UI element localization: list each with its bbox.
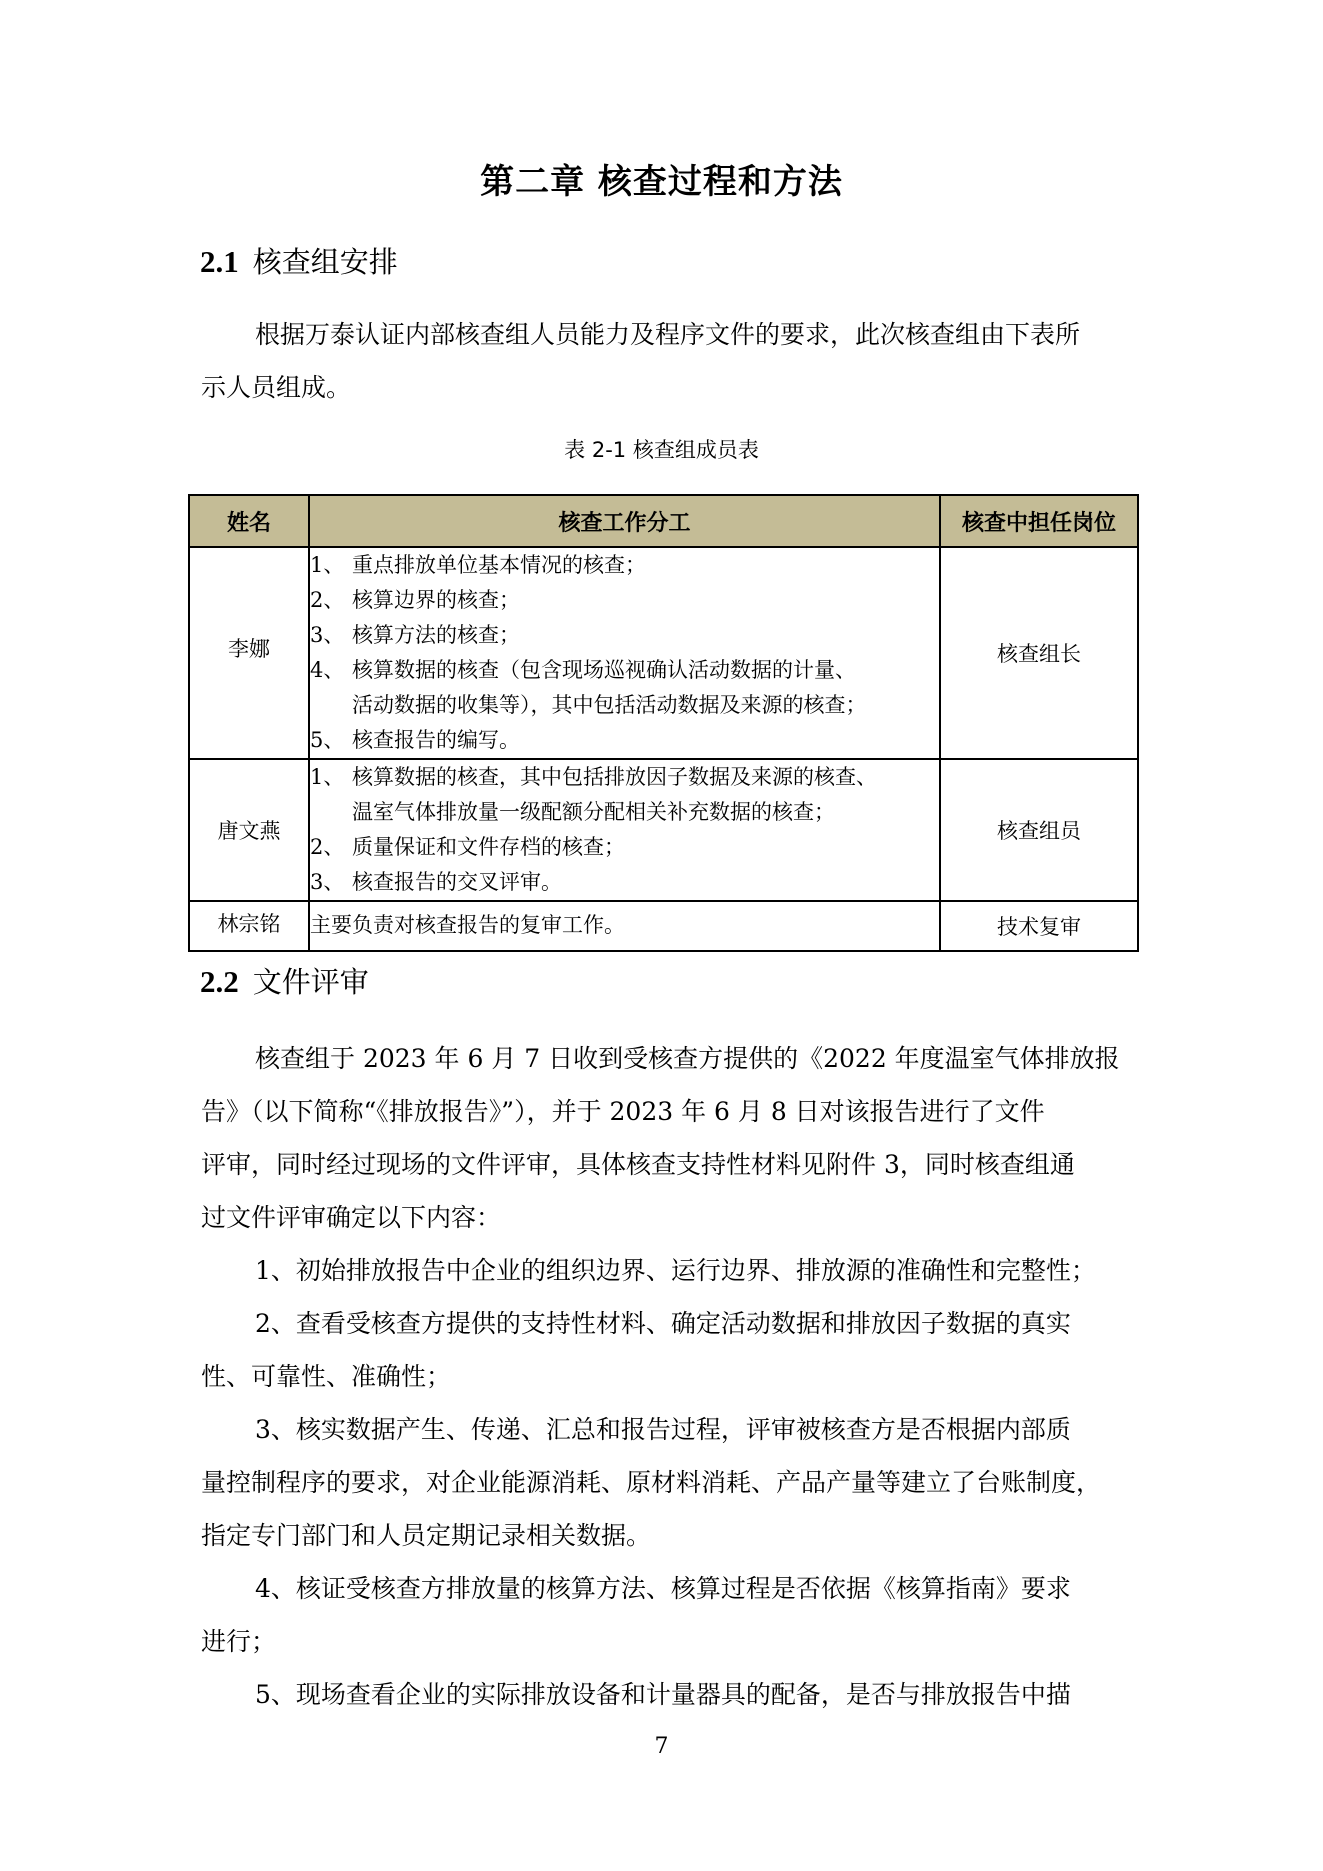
member-name: 林宗铭 [189, 901, 309, 951]
review-item-2-cont: 性、可靠性、准确性； [201, 1350, 1131, 1403]
review-item-4-cont: 进行； [201, 1615, 1131, 1668]
duty-text: 核算数据的核查（包含现场巡视确认活动数据的计量、 活动数据的收集等），其中包括活… [352, 653, 939, 723]
review-item-3-cont: 指定专门部门和人员定期记录相关数据。 [201, 1509, 1131, 1562]
page-number: 7 [0, 1734, 1323, 1759]
member-role: 核查组员 [940, 759, 1138, 901]
review-item-2: 2、查看受核查方提供的支持性材料、确定活动数据和排放因子数据的真实 [201, 1297, 1131, 1350]
duty-text: 核算数据的核查，其中包括排放因子数据及来源的核查、 温室气体排放量一级配额分配相… [352, 760, 939, 830]
duty-number: 2、 [310, 583, 352, 618]
duty-text: 重点排放单位基本情况的核查； [352, 548, 939, 583]
duty-number: 1、 [310, 760, 352, 830]
section-heading-2-2: 2.2文件评审 [200, 962, 369, 1002]
section-number: 2.2 [200, 964, 239, 999]
section-number: 2.1 [200, 244, 239, 279]
duty-number: 3、 [310, 618, 352, 653]
table-caption: 表 2-1 核查组成员表 [0, 434, 1323, 466]
member-duties: 1、核算数据的核查，其中包括排放因子数据及来源的核查、 温室气体排放量一级配额分… [309, 759, 940, 901]
paragraph-line: 根据万泰认证内部核查组人员能力及程序文件的要求，此次核查组由下表所 [201, 308, 1131, 361]
duty-text: 核算方法的核查； [352, 618, 939, 653]
member-role: 核查组长 [940, 547, 1138, 759]
member-name: 李娜 [189, 547, 309, 759]
duty-item: 2、核算边界的核查； [310, 583, 939, 618]
paragraph-line: 告》（以下简称“《排放报告》”），并于 2023 年 6 月 8 日对该报告进行… [201, 1085, 1131, 1138]
review-item-3: 3、核实数据产生、传递、汇总和报告过程，评审被核查方是否根据内部质 [201, 1403, 1131, 1456]
duty-text: 核查报告的交叉评审。 [352, 865, 939, 900]
member-duties: 主要负责对核查报告的复审工作。 [309, 901, 940, 951]
table-header-row: 姓名 核查工作分工 核查中担任岗位 [189, 495, 1138, 547]
paragraph-line: 过文件评审确定以下内容： [201, 1191, 1131, 1244]
duty-text: 质量保证和文件存档的核查； [352, 830, 939, 865]
paragraph-line: 核查组于 2023 年 6 月 7 日收到受核查方提供的《2022 年度温室气体… [201, 1032, 1131, 1085]
duty-number: 4、 [310, 653, 352, 723]
header-duties: 核查工作分工 [309, 495, 940, 547]
member-name: 唐文燕 [189, 759, 309, 901]
duty-number: 5、 [310, 723, 352, 758]
review-item-4: 4、核证受核查方排放量的核算方法、核算过程是否依据《核算指南》要求 [201, 1562, 1131, 1615]
table-row: 唐文燕 1、核算数据的核查，其中包括排放因子数据及来源的核查、 温室气体排放量一… [189, 759, 1138, 901]
duty-item: 3、核查报告的交叉评审。 [310, 865, 939, 900]
duty-number: 3、 [310, 865, 352, 900]
paragraph-line: 评审，同时经过现场的文件评审，具体核查支持性材料见附件 3，同时核查组通 [201, 1138, 1131, 1191]
table-row: 李娜 1、重点排放单位基本情况的核查； 2、核算边界的核查； 3、核算方法的核查… [189, 547, 1138, 759]
review-item-5: 5、现场查看企业的实际排放设备和计量器具的配备，是否与排放报告中描 [201, 1668, 1131, 1721]
section-title: 核查组安排 [253, 245, 398, 279]
header-role: 核查中担任岗位 [940, 495, 1138, 547]
review-item-3-cont: 量控制程序的要求，对企业能源消耗、原材料消耗、产品产量等建立了台账制度， [201, 1456, 1131, 1509]
section-title: 文件评审 [253, 965, 369, 999]
duty-text: 主要负责对核查报告的复审工作。 [310, 902, 939, 950]
member-role: 技术复审 [940, 901, 1138, 951]
team-members-table: 姓名 核查工作分工 核查中担任岗位 李娜 1、重点排放单位基本情况的核查； 2、… [188, 494, 1139, 952]
table-row: 林宗铭 主要负责对核查报告的复审工作。 技术复审 [189, 901, 1138, 951]
chapter-title: 第二章 核查过程和方法 [0, 158, 1323, 206]
header-name: 姓名 [189, 495, 309, 547]
intro-paragraph: 根据万泰认证内部核查组人员能力及程序文件的要求，此次核查组由下表所 示人员组成。 [201, 308, 1131, 414]
duty-item: 1、重点排放单位基本情况的核查； [310, 548, 939, 583]
duty-item: 2、质量保证和文件存档的核查； [310, 830, 939, 865]
duty-number: 1、 [310, 548, 352, 583]
duty-item: 4、核算数据的核查（包含现场巡视确认活动数据的计量、 活动数据的收集等），其中包… [310, 653, 939, 723]
section-heading-2-1: 2.1核查组安排 [200, 242, 398, 282]
duty-number: 2、 [310, 830, 352, 865]
duty-item: 5、核查报告的编写。 [310, 723, 939, 758]
duty-item: 3、核算方法的核查； [310, 618, 939, 653]
review-item-1: 1、初始排放报告中企业的组织边界、运行边界、排放源的准确性和完整性； [201, 1244, 1131, 1297]
duty-text: 核算边界的核查； [352, 583, 939, 618]
duty-item: 1、核算数据的核查，其中包括排放因子数据及来源的核查、 温室气体排放量一级配额分… [310, 760, 939, 830]
paragraph-line: 示人员组成。 [201, 361, 1131, 414]
document-review-paragraph: 核查组于 2023 年 6 月 7 日收到受核查方提供的《2022 年度温室气体… [201, 1032, 1131, 1721]
member-duties: 1、重点排放单位基本情况的核查； 2、核算边界的核查； 3、核算方法的核查； 4… [309, 547, 940, 759]
duty-text: 核查报告的编写。 [352, 723, 939, 758]
